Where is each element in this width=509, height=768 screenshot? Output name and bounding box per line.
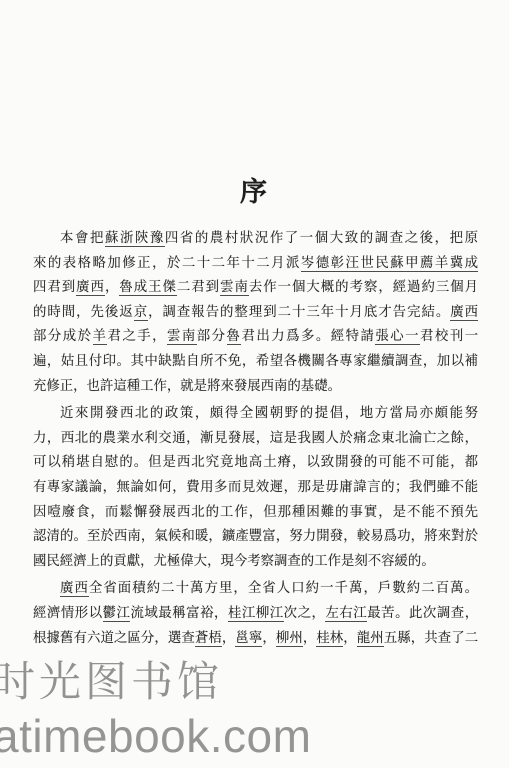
proper-noun: 岑德彰汪世民蘇甲薦羊冀成 [301, 255, 478, 272]
text-line: 充修正，也許這種工作，就是將來發展西南的基礎。 [33, 374, 478, 399]
text-line: 力，西北的農業水利交通，漸見發展，這是我國人於痛念東北淪亡之餘， [33, 426, 478, 451]
text-line: 認清的。至於西南，氣候和暖，鑛產豐富，努力開發，較易爲功，將來對於 [33, 524, 478, 549]
text-run: 遍，姑且付印。其中缺點自所不免，希望各機關各專家繼續調查，加以補 [33, 353, 478, 368]
text-run: 五縣，共查了二 [384, 630, 478, 645]
text-line: 四君到廣西，魯成王傑二君到雲南去作一個大概的考察，經過約三個月 [33, 275, 478, 300]
text-run: 部分成於 [33, 328, 93, 343]
proper-noun: 邕寧 [235, 630, 262, 647]
proper-noun: 羊 [93, 328, 108, 345]
proper-noun: 龍州 [357, 630, 384, 647]
text-line: 遍，姑且付印。其中缺點自所不免，希望各機關各專家繼續調查，加以補 [33, 349, 478, 374]
text-run: ， [303, 630, 317, 645]
text-run: ，調查報告的整理到二十三年十月底才告完結。 [148, 304, 450, 319]
text-run: 次之， [284, 605, 326, 620]
proper-noun: 魯 [227, 328, 242, 345]
proper-noun: 鬱江 [103, 605, 131, 622]
text-line: 可以稍堪自慰的。但是西北究竟地高土瘠，以致開發的可能不可能，都 [33, 450, 478, 475]
text-run: 近來開發西北的政策，頗得全國朝野的提倡，地方當局亦頗能努 [60, 405, 478, 420]
proper-noun: 雲南 [167, 328, 197, 345]
text-run: 四君到 [33, 279, 76, 294]
page-title: 序 [0, 170, 509, 209]
text-line: 因噎廢食，而鬆懈發展西北的工作，但那種困難的事實，是不能不預先 [33, 500, 478, 525]
text-line: 部分成於羊君之手，雲南部分魯君出力爲多。經特請張心一君校刊一 [33, 324, 478, 349]
text-run: 去作一個大概的考察，經過約三個月 [249, 279, 478, 294]
text-line: 有專家議論，無論如何，費用多而見效遲，那是毋庸諱言的；我們雖不能 [33, 475, 478, 500]
text-run: 根據舊有六道之區分，選查 [33, 630, 195, 645]
text-run: 二君到 [177, 279, 220, 294]
proper-noun: 雲南 [220, 279, 249, 296]
proper-noun: 桂林 [316, 630, 343, 647]
text-run: 力，西北的農業水利交通，漸見發展，這是我國人於痛念東北淪亡之餘， [33, 430, 478, 445]
text-run: 認清的。至於西南，氣候和暖，鑛產豐富，努力開發，較易爲功，將來對於 [33, 528, 478, 543]
text-run: 四省的農村狀況作了一個大致的調查之後，把原 [165, 230, 478, 245]
proper-noun: 張心一 [375, 328, 420, 345]
paragraph: 廣西全省面積約二十萬方里，全省人口約一千萬，戶數約二百萬。經濟情形以鬱江流域最稱… [33, 576, 478, 650]
text-line: 經濟情形以鬱江流域最稱富裕，桂江柳江次之，左右江最苦。此次調查， [33, 601, 478, 626]
text-run: 的時間，先後返 [33, 304, 134, 319]
text-line: 廣西全省面積約二十萬方里，全省人口約一千萬，戶數約二百萬。 [33, 576, 478, 601]
text-line: 近來開發西北的政策，頗得全國朝野的提倡，地方當局亦頗能努 [33, 401, 478, 426]
proper-noun: 廣西 [450, 304, 478, 321]
proper-noun: 柳江 [256, 605, 284, 622]
text-run: 來的表格略加修正，於二十二年十二月派 [33, 255, 301, 270]
text-run: 國民經濟上的貢獻，尤極偉大，現今考察調查的工作是刻不容緩的。 [33, 553, 435, 568]
text-run: 全省面積約二十萬方里，全省人口約一千萬，戶數約二百萬。 [89, 580, 478, 595]
proper-noun: 廣西 [76, 279, 105, 296]
text-run: ， [222, 630, 236, 645]
paragraph: 近來開發西北的政策，頗得全國朝野的提倡，地方當局亦頗能努力，西北的農業水利交通，… [33, 401, 478, 573]
text-run: 君之手， [107, 328, 167, 343]
document-page: 序 本會把蘇浙陝豫四省的農村狀況作了一個大致的調查之後，把原來的表格略加修正，於… [0, 0, 509, 768]
text-line: 國民經濟上的貢獻，尤極偉大，現今考察調查的工作是刻不容緩的。 [33, 549, 478, 574]
text-run: 本會把 [60, 230, 105, 245]
proper-noun: 蘇浙陝豫 [105, 230, 165, 247]
text-run: 有專家議論，無論如何，費用多而見效遲，那是毋庸諱言的；我們雖不能 [33, 479, 478, 494]
watermark-site-url: atimebook.com [0, 712, 311, 760]
text-run: 可以稍堪自慰的。但是西北究竟地高土瘠，以致開發的可能不可能，都 [33, 454, 478, 469]
text-run: 充修正，也許這種工作，就是將來發展西南的基礎。 [33, 378, 341, 393]
proper-noun: 桂江 [228, 605, 256, 622]
text-line: 根據舊有六道之區分，選查蒼梧，邕寧，柳州，桂林，龍州五縣，共查了二 [33, 626, 478, 651]
text-run: 經濟情形以 [33, 605, 103, 620]
text-line: 來的表格略加修正，於二十二年十二月派岑德彰汪世民蘇甲薦羊冀成 [33, 251, 478, 276]
proper-noun: 魯成王傑 [119, 279, 177, 296]
proper-noun: 柳州 [276, 630, 303, 647]
text-run: 流域最稱富裕， [130, 605, 227, 620]
text-line: 的時間，先後返京，調查報告的整理到二十三年十月底才告完結。廣西 [33, 300, 478, 325]
text-run: 君校刊一 [420, 328, 478, 343]
text-run: ， [105, 279, 119, 294]
proper-noun: 左右江 [325, 605, 367, 622]
text-run: ， [343, 630, 357, 645]
proper-noun: 京 [134, 304, 148, 321]
text-run: 部分 [197, 328, 227, 343]
text-run: ， [262, 630, 276, 645]
text-line: 本會把蘇浙陝豫四省的農村狀況作了一個大致的調查之後，把原 [33, 226, 478, 251]
preface-body: 本會把蘇浙陝豫四省的農村狀況作了一個大致的調查之後，把原來的表格略加修正，於二十… [33, 226, 478, 650]
text-run: 最苦。此次調查， [367, 605, 478, 620]
proper-noun: 蒼梧 [195, 630, 222, 647]
watermark-site-name: 时光图书馆 [0, 656, 311, 708]
text-run: 君出力爲多。經特請 [241, 328, 375, 343]
watermark: 时光图书馆 atimebook.com [0, 656, 311, 760]
text-run: 因噎廢食，而鬆懈發展西北的工作，但那種困難的事實，是不能不預先 [33, 504, 478, 519]
paragraph: 本會把蘇浙陝豫四省的農村狀況作了一個大致的調查之後，把原來的表格略加修正，於二十… [33, 226, 478, 398]
proper-noun: 廣西 [60, 580, 89, 597]
